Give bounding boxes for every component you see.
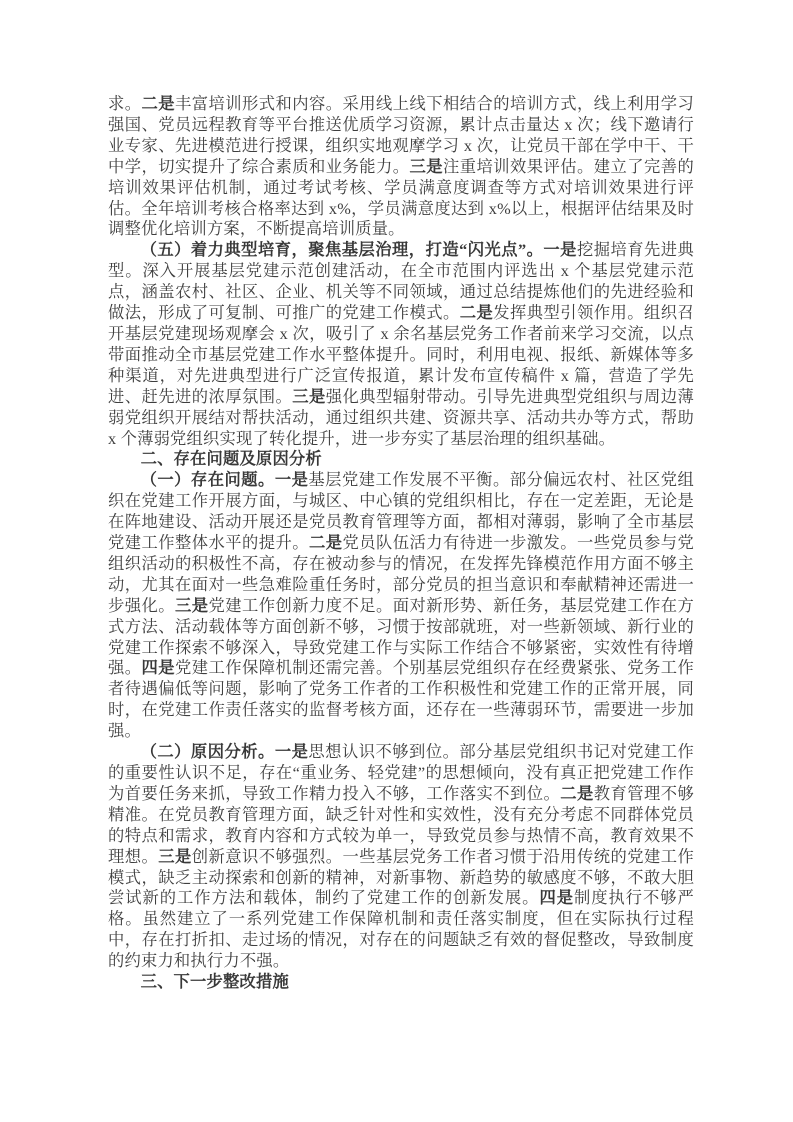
bold-run: 三、下一步整改措施: [141, 972, 289, 991]
text-run: 党建工作保障机制还需完善。个别基层党组织存在经费紧张、党务工作者待遇偏低等问题，…: [108, 658, 694, 740]
bold-run: 二是: [460, 303, 494, 322]
text-run: 求。: [108, 94, 142, 113]
bold-run: （五）着力典型培育，聚焦基层治理，打造“闪光点”。一是: [141, 240, 577, 259]
paragraph: 求。二是丰富培训形式和内容。采用线上线下相结合的培训方式，线上利用学习强国、党员…: [108, 94, 694, 240]
bold-run: 三是: [175, 596, 209, 615]
paragraph: 二、存在问题及原因分析: [108, 449, 694, 470]
bold-run: 三是: [410, 157, 444, 176]
document-body: 求。二是丰富培训形式和内容。采用线上线下相结合的培训方式，线上利用学习强国、党员…: [108, 94, 694, 993]
bold-run: 四是: [539, 888, 574, 907]
bold-run: 二是: [309, 533, 343, 552]
bold-run: 二是: [142, 94, 176, 113]
document-page: 求。二是丰富培训形式和内容。采用线上线下相结合的培训方式，线上利用学习强国、党员…: [0, 0, 793, 1122]
paragraph: （二）原因分析。一是思想认识不够到位。部分基层党组织书记对党建工作的重要性认识不…: [108, 742, 694, 972]
paragraph: （一）存在问题。一是基层党建工作发展不平衡。部分偏远农村、社区党组织在党建工作开…: [108, 470, 694, 742]
bold-run: 二是: [560, 784, 594, 803]
paragraph: 三、下一步整改措施: [108, 972, 694, 993]
bold-run: 三是: [158, 847, 192, 866]
bold-run: 三是: [292, 387, 326, 406]
bold-run: 二、存在问题及原因分析: [141, 449, 322, 468]
bold-run: （二）原因分析。一是: [141, 742, 309, 761]
bold-run: （一）存在问题。一是: [141, 470, 309, 489]
bold-run: 四是: [142, 658, 176, 677]
paragraph: （五）着力典型培育，聚焦基层治理，打造“闪光点”。一是挖掘培育先进典型。深入开展…: [108, 240, 694, 449]
